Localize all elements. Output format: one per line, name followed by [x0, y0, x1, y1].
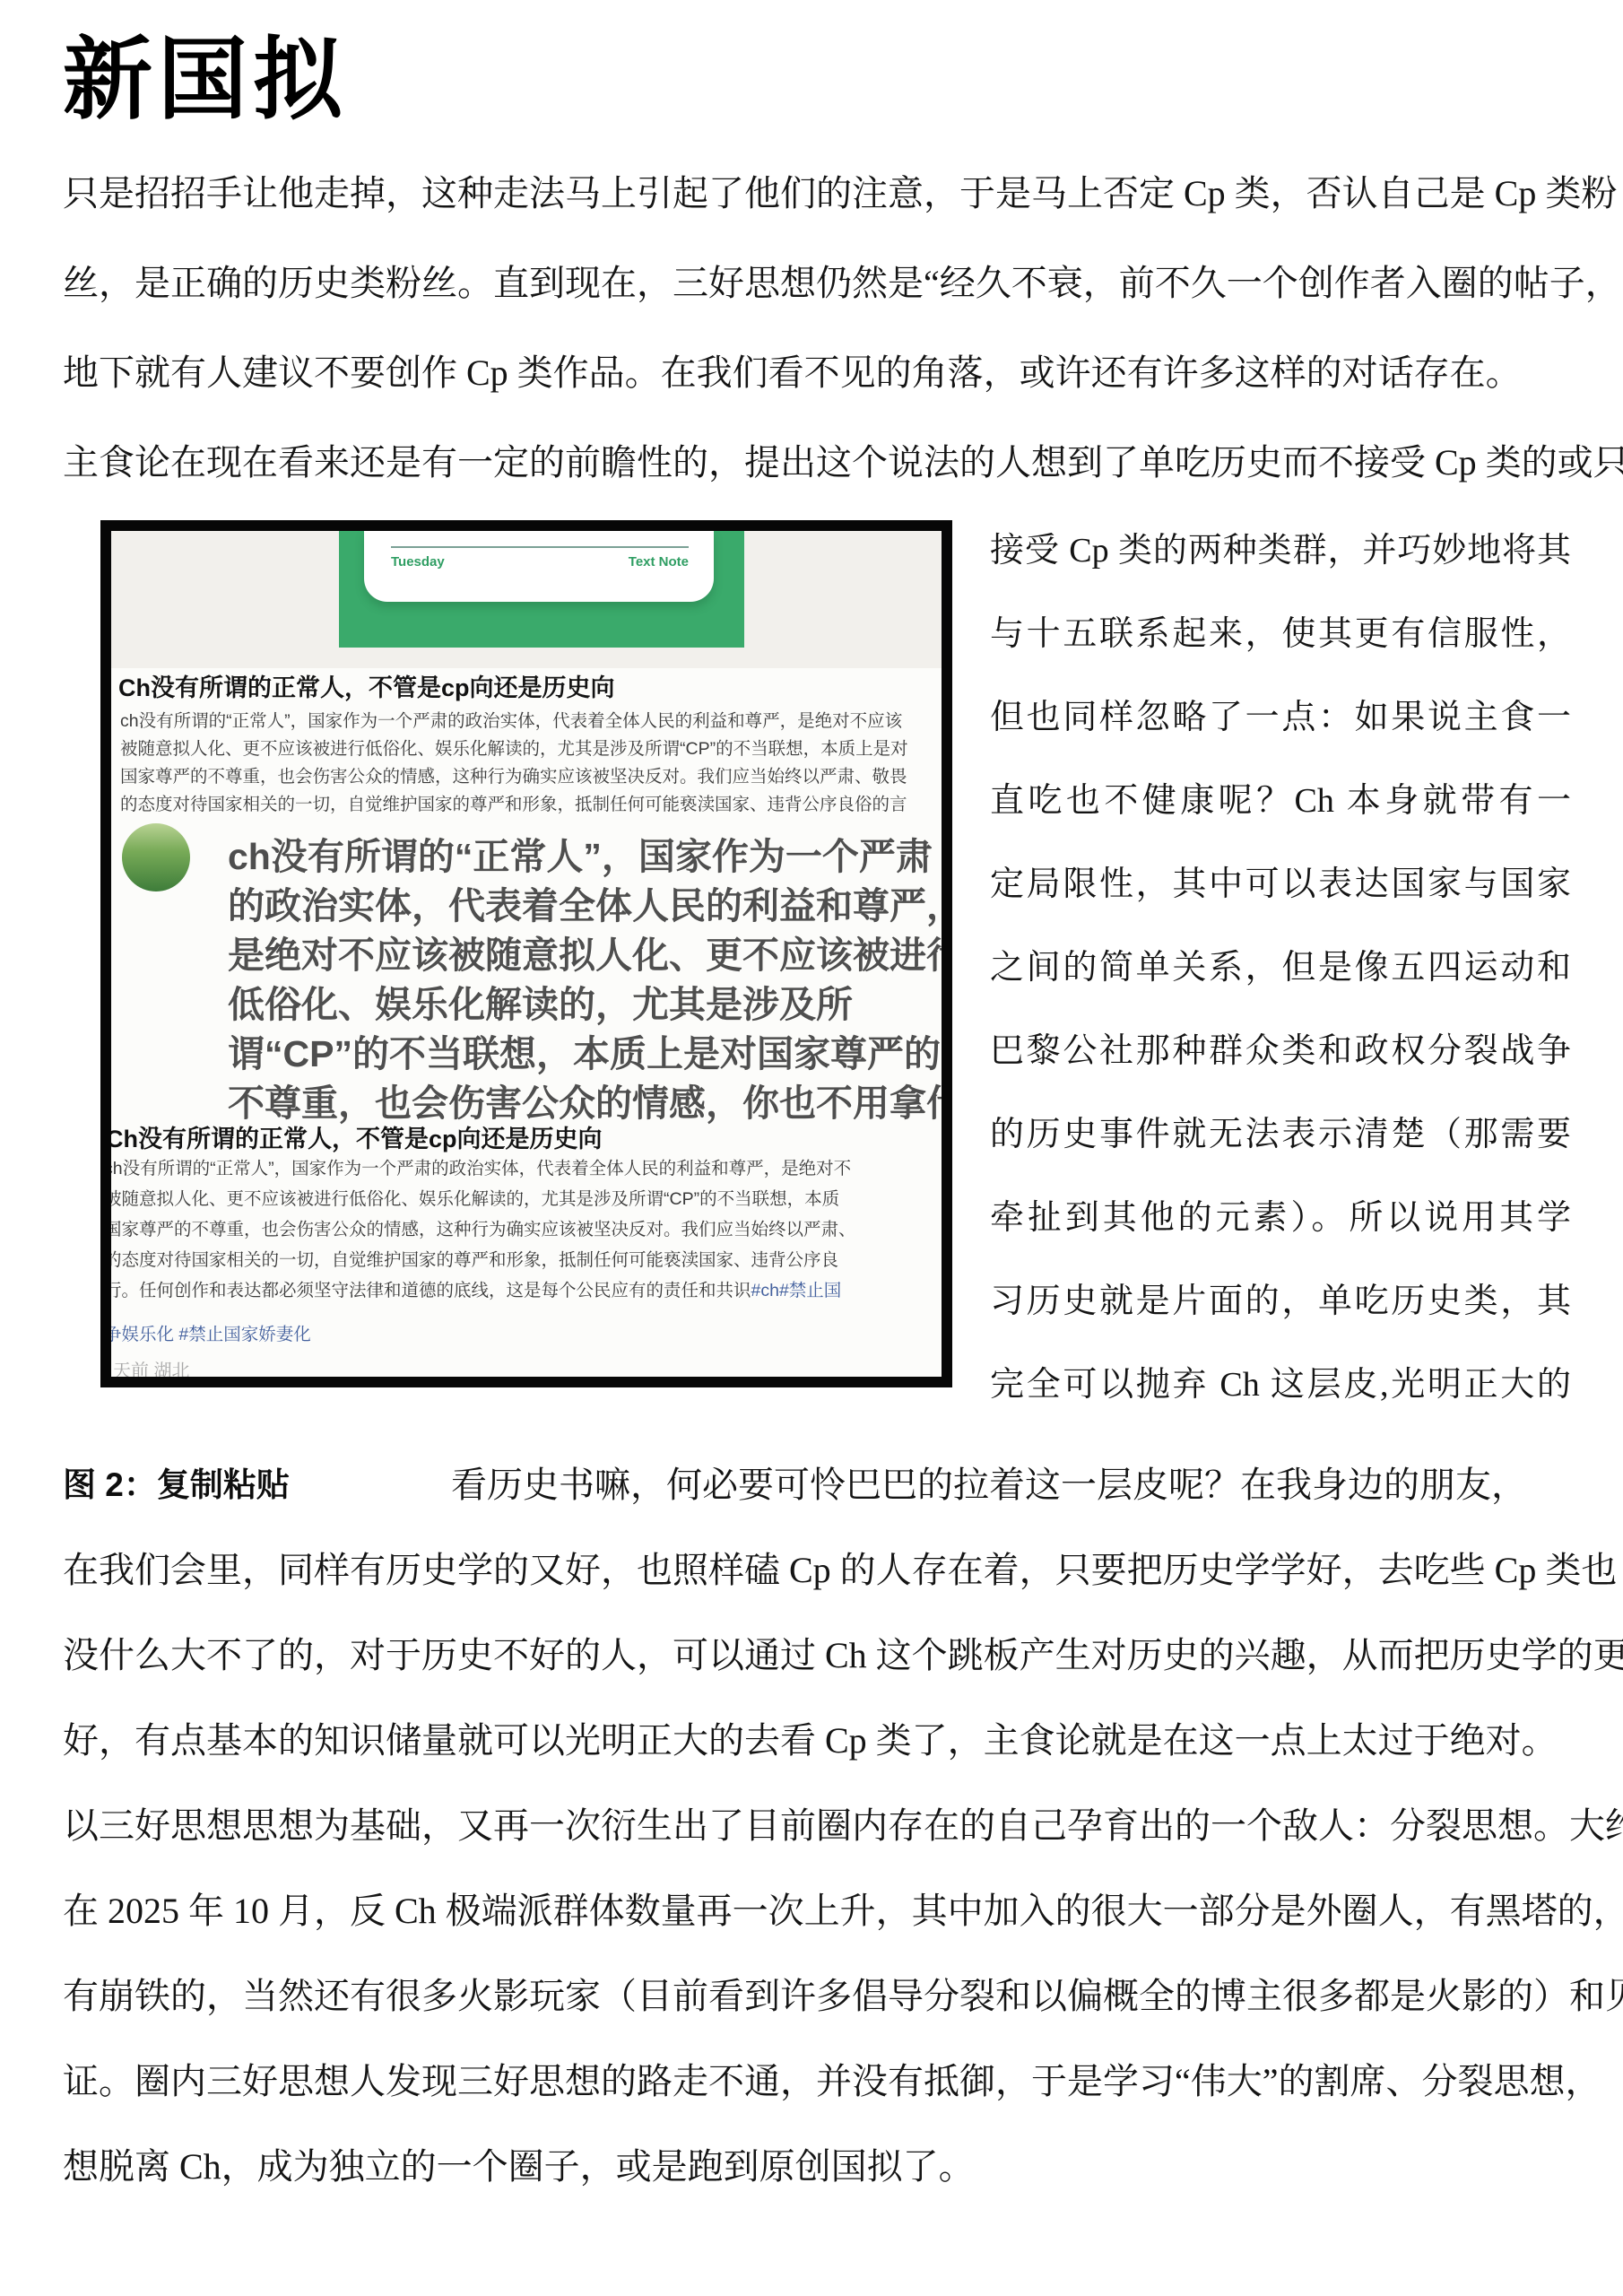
magnified-post-text: ch没有所谓的“正常人”，国家作为一个严肃 的政治实体，代表着全体人民的利益和尊… — [228, 832, 945, 1128]
body-text-line: 丝，是正确的历史类粉丝。直到现在，三好思想仍然是“经久不衰，前不久一个创作者入圈… — [63, 239, 1567, 328]
magnified-text-line: 的政治实体，代表着全体人民的利益和尊严， — [228, 882, 945, 931]
note-app-green-panel: Tuesday Text Note — [339, 531, 744, 648]
post-heading-1: Ch没有所谓的正常人，不管是cp向还是历史向 — [118, 668, 615, 703]
post-body-1: ch没有所谓的“正常人”，国家作为一个严肃的政治实体，代表着全体人民的利益和尊严… — [120, 708, 952, 819]
body-text-line: 看历史书嘛，何必要可怜巴巴的拉着这一层皮呢？在我身边的朋友， — [451, 1455, 1567, 1516]
body-text-line: 巴黎公社那种群众类和政权分裂战争 — [990, 1010, 1571, 1093]
body-text-line: 与十五联系起来，使其更有信服性， — [990, 593, 1571, 676]
body-text-line: 主食论在现在看来还是有一定的前瞻性的，提出这个说法的人想到了单吃历史而不接受 C… — [63, 418, 1567, 508]
bottom-paragraphs: 在我们会里，同样有历史学的又好，也照样磕 Cp 的人存在着，只要把历史学学好，去… — [63, 1527, 1567, 2209]
post-body-line: ch没有所谓的“正常人”，国家作为一个严肃的政治实体，代表着全体人民的利益和尊严… — [120, 708, 952, 735]
body-text-line: 在我们会里，同样有历史学的又好，也照样磕 Cp 的人存在着，只要把历史学学好，去… — [63, 1527, 1567, 1613]
note-card-divider — [391, 546, 689, 548]
body-text-line: 有崩铁的，当然还有很多火影玩家（目前看到许多倡导分裂和以偏概全的博主很多都是火影… — [63, 1953, 1567, 2039]
post-body-line: 行。任何创作和表达都必须坚守法律和道德的底线，这是每个公民应有的责任和共识#ch… — [104, 1275, 952, 1306]
post-body-line: 国家尊严的不尊重，也会伤害公众的情感，这种行为确实应该被坚决反对。我们应当始终以… — [104, 1214, 952, 1245]
hashtag-link: 争娱乐化 #禁止国家娇妻化 — [104, 1319, 952, 1350]
post-body-text: 行。任何创作和表达都必须坚守法律和道德的底线，这是每个公民应有的责任和共识 — [104, 1281, 751, 1300]
body-text-line: 但也同样忽略了一点：如果说主食一 — [990, 676, 1571, 760]
body-text-line: 习历史就是片面的，单吃历史类，其 — [990, 1260, 1571, 1344]
post-heading-2: Ch没有所谓的正常人，不管是cp向还是历史向 — [106, 1119, 603, 1154]
body-text-line: 牵扯到其他的元素）。所以说用其学 — [990, 1177, 1571, 1260]
body-text-line: 想脱离 Ch，成为独立的一个圈子，或是跑到原创国拟了。 — [63, 2124, 1567, 2209]
post-timestamp: 天前 湖北 — [113, 1356, 190, 1382]
post-body-line: ch没有所谓的“正常人”，国家作为一个严肃的政治实体，代表着全体人民的利益和尊严… — [104, 1153, 952, 1184]
magnified-text-line: ch没有所谓的“正常人”，国家作为一个严肃 — [228, 832, 945, 882]
post-body-line: 国家尊严的不尊重，也会伤害公众的情感，这种行为确实应该被坚决反对。我们应当始终以… — [120, 763, 952, 791]
hashtag-line: 争娱乐化 #禁止国家娇妻化 — [104, 1319, 952, 1350]
note-day-label: Tuesday — [391, 554, 445, 570]
body-text-line: 以三好思想思想为基础，又再一次衍生出了目前圈内存在的自己孕育出的一个敌人：分裂思… — [63, 1783, 1567, 1868]
body-text-line: 完全可以抛弃 Ch 这层皮,光明正大的 — [990, 1344, 1571, 1427]
post-body-line: 被随意拟人化、更不应该被进行低俗化、娱乐化解读的，尤其是涉及所谓“CP”的不当联… — [120, 735, 952, 763]
figure-caption: 图 2：复制粘贴 — [63, 1455, 451, 1516]
body-text-line: 的历史事件就无法表示清楚（那需要 — [990, 1093, 1571, 1177]
body-text-line: 直吃也不健康呢？Ch 本身就带有一 — [990, 760, 1571, 843]
body-text-line: 只是招招手让他走掉，这种走法马上引起了他们的注意，于是马上否定 Cp 类，否认自… — [63, 149, 1567, 239]
magnified-text-line: 是绝对不应该被随意拟人化、更不应该被进行 — [228, 931, 945, 980]
post-body-line: 被随意拟人化、更不应该被进行低俗化、娱乐化解读的，尤其是涉及所谓“CP”的不当联… — [104, 1184, 952, 1214]
caption-row: 图 2：复制粘贴 看历史书嘛，何必要可怜巴巴的拉着这一层皮呢？在我身边的朋友， — [63, 1455, 1567, 1516]
body-text-line: 在 2025 年 10 月，反 Ch 极端派群体数量再一次上升，其中加入的很大一… — [63, 1868, 1567, 1953]
post-body-2: ch没有所谓的“正常人”，国家作为一个严肃的政治实体，代表着全体人民的利益和尊严… — [104, 1153, 952, 1306]
hashtag-link: #ch#禁止国 — [751, 1281, 842, 1300]
body-text-line: 没什么大不了的，对于历史不好的人，可以通过 Ch 这个跳板产生对历史的兴趣，从而… — [63, 1613, 1567, 1698]
page-title: 新国拟 — [63, 7, 348, 136]
note-card: Tuesday Text Note — [364, 531, 714, 602]
post-body-line: 的态度对待国家相关的一切，自觉维护国家的尊严和形象，抵制任何可能亵渎国家、违背公… — [120, 791, 952, 819]
body-text-line: 接受 Cp 类的两种类群，并巧妙地将其 — [990, 509, 1571, 593]
right-text-column: 接受 Cp 类的两种类群，并巧妙地将其 与十五联系起来，使其更有信服性， 但也同… — [990, 509, 1571, 1427]
figure-2-image[interactable]: Tuesday Text Note Ch没有所谓的正常人，不管是cp向还是历史向… — [100, 520, 952, 1387]
magnified-text-line: 低俗化、娱乐化解读的，尤其是涉及所 — [228, 980, 945, 1030]
body-text-line: 地下就有人建议不要创作 Cp 类作品。在我们看不见的角落，或许还有许多这样的对话… — [63, 328, 1567, 418]
avatar — [122, 823, 190, 891]
body-text-line: 证。圈内三好思想人发现三好思想的路走不通，并没有抵御，于是学习“伟大”的割席、分… — [63, 2039, 1567, 2124]
note-app-background: Tuesday Text Note — [111, 531, 942, 668]
body-text-line: 定局限性，其中可以表达国家与国家 — [990, 843, 1571, 926]
paragraph-1: 只是招招手让他走掉，这种走法马上引起了他们的注意，于是马上否定 Cp 类，否认自… — [63, 149, 1567, 508]
magnified-text-line: 谓“CP”的不当联想，本质上是对国家尊严的 — [228, 1030, 945, 1079]
body-text-line: 好，有点基本的知识储量就可以光明正大的去看 Cp 类了，主食论就是在这一点上太过… — [63, 1698, 1567, 1783]
note-type-label: Text Note — [629, 554, 689, 570]
document-page: 新国拟 只是招招手让他走掉，这种走法马上引起了他们的注意，于是马上否定 Cp 类… — [0, 0, 1623, 2296]
body-text-line: 之间的简单关系，但是像五四运动和 — [990, 926, 1571, 1010]
post-body-line: 的态度对待国家相关的一切，自觉维护国家的尊严和形象，抵制任何可能亵渎国家、违背公… — [104, 1245, 952, 1275]
